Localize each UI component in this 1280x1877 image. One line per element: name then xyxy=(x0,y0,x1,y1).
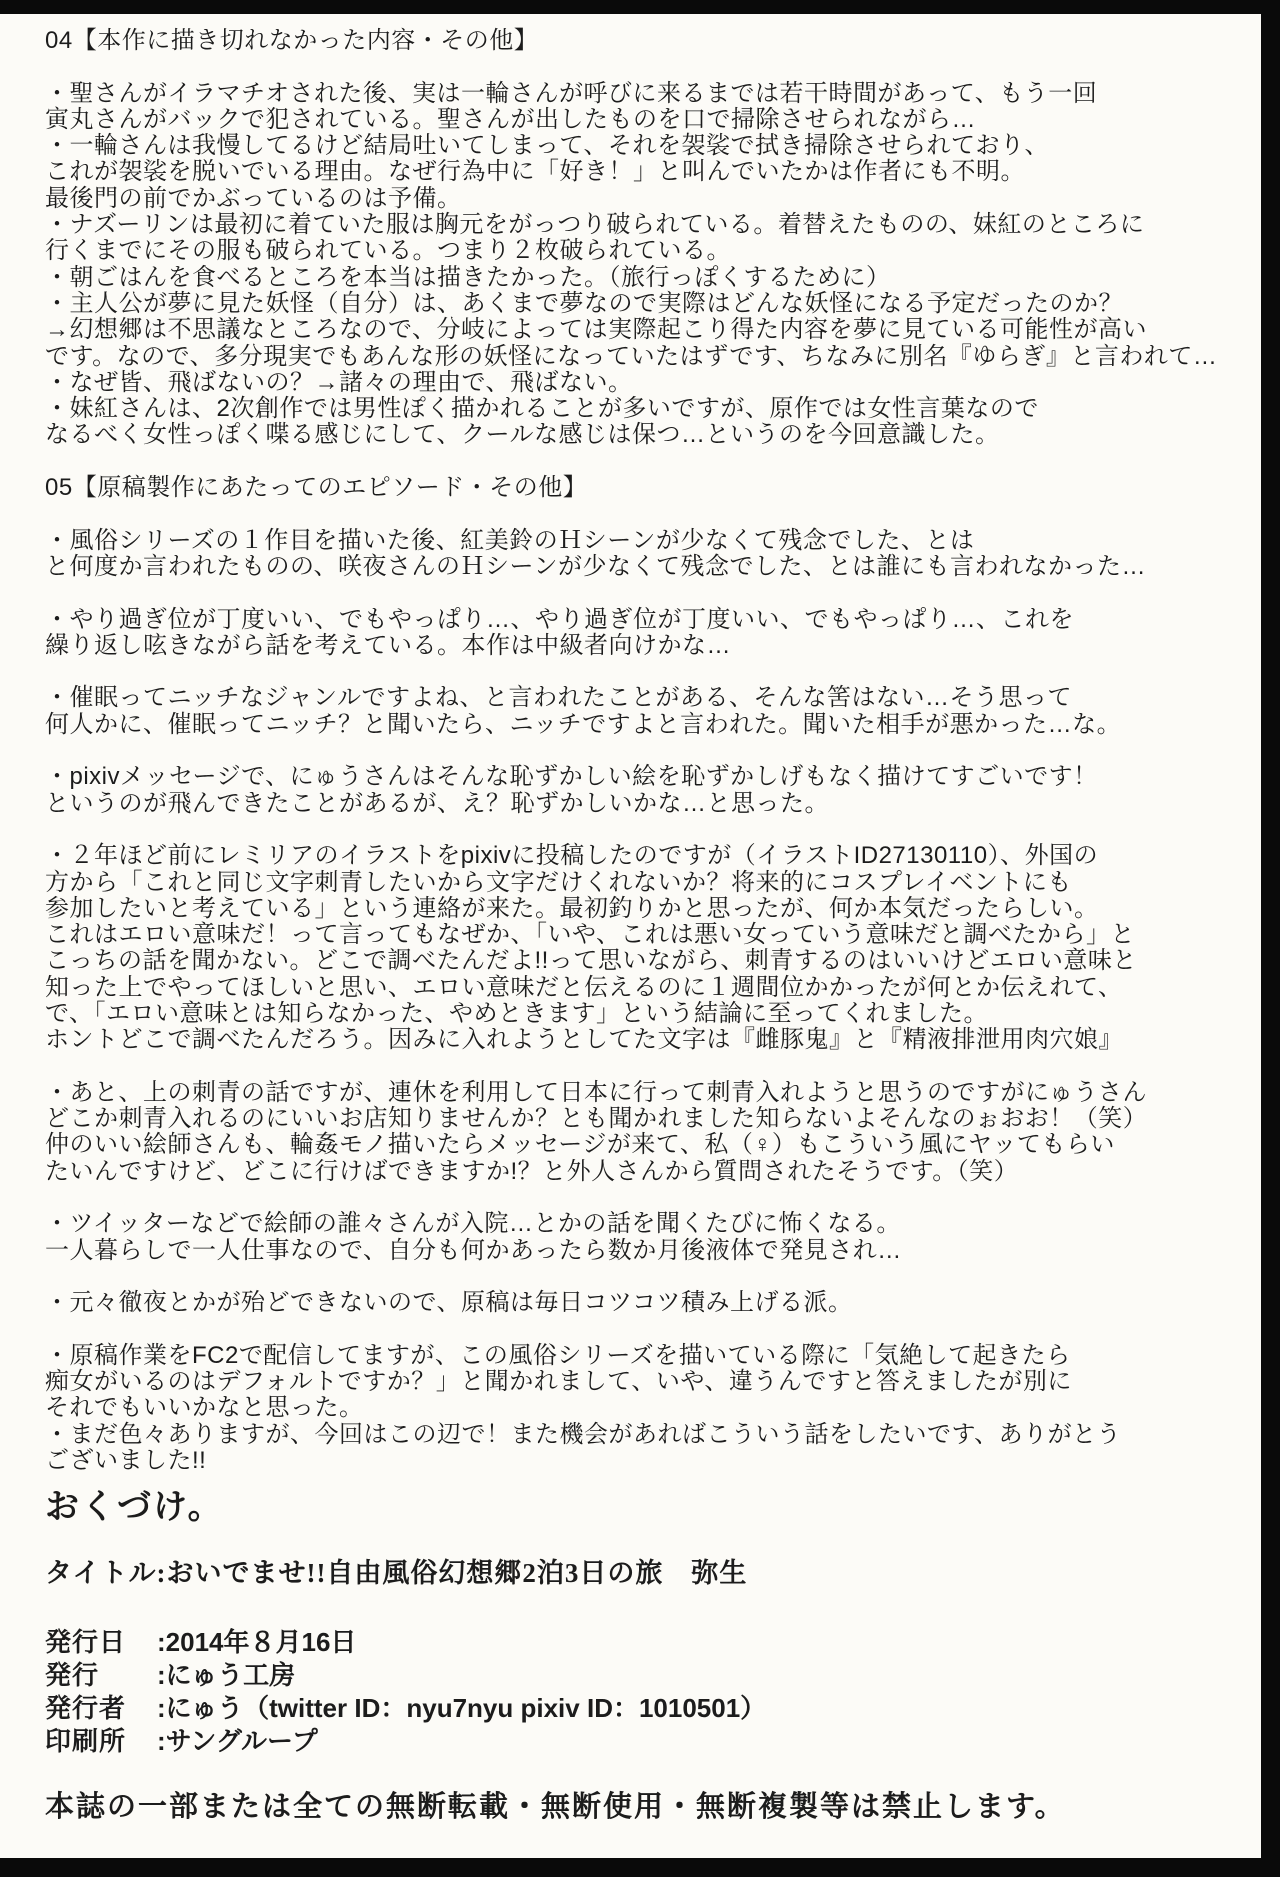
text-line xyxy=(45,1264,1261,1290)
text-line: たいんですけど、どこに行けばできますか!？と外人さんから質問されたそうです。（笑… xyxy=(45,1159,1261,1185)
text-line: なるべく女性っぽく喋る感じにして、クールな感じは保つ…というのを今回意識した。 xyxy=(45,422,1261,448)
text-line: ホントどこで調べたんだろう。因みに入れようとしてた文字は『雌豚鬼』と『精液排泄用… xyxy=(45,1027,1261,1053)
text-line: 仲のいい絵師さんも、輪姦モノ描いたらメッセージが来て、私（♀）もこういう風にヤッ… xyxy=(45,1132,1261,1158)
text-line: それでもいいかなと思った。 xyxy=(45,1395,1261,1421)
text-line: ・主人公が夢に見た妖怪（自分）は、あくまで夢なので実際はどんな妖怪になる予定だっ… xyxy=(45,291,1261,317)
colophon-row-label: 発行 xyxy=(45,1659,157,1692)
text-line: 痴女がいるのはデフォルトですか？」と聞かれまして、いや、違うんですと答えましたが… xyxy=(45,1369,1261,1395)
colophon-row-label: 印刷所 xyxy=(45,1725,157,1758)
text-line: これが袈裟を脱いでいる理由。なぜ行為中に「好き！」と叫んでいたかは作者にも不明。 xyxy=(45,159,1261,185)
text-line: ・なぜ皆、飛ばないの？→諸々の理由で、飛ばない。 xyxy=(45,370,1261,396)
text-line xyxy=(45,501,1261,527)
text-line: これはエロい意味だ！って言ってもなぜか、「いや、これは悪い女っていう意味だと調べ… xyxy=(45,922,1261,948)
colophon-row-label: 発行者 xyxy=(45,1692,157,1725)
text-line: 一人暮らしで一人仕事なので、自分も何かあったら数か月後液体で発見され… xyxy=(45,1238,1261,1264)
text-line: 最後門の前でかぶっているのは予備。 xyxy=(45,186,1261,212)
colophon-row-value: :サングループ xyxy=(157,1726,318,1756)
text-line: ・ナズーリンは最初に着ていた服は胸元をがっつり破られている。着替えたものの、妹紅… xyxy=(45,212,1261,238)
text-line: ・原稿作業をFC2で配信してますが、この風俗シリーズを描いている際に「気絶して起… xyxy=(45,1343,1261,1369)
colophon-row: 印刷所:サングループ xyxy=(45,1725,1261,1758)
text-line: ・あと、上の刺青の話ですが、連休を利用して日本に行って刺青入れようと思うのですが… xyxy=(45,1080,1261,1106)
text-line: ・妹紅さんは、2次創作では男性ぽく描かれることが多いですが、原作では女性言葉なの… xyxy=(45,396,1261,422)
text-line xyxy=(45,659,1261,685)
text-line xyxy=(45,1054,1261,1080)
text-line: どこか刺青入れるのにいいお店知りませんか？とも聞かれました知らないよそんなのぉお… xyxy=(45,1106,1261,1132)
scan-border: 04【本作に描き切れなかった内容・その他】・聖さんがイラマチオされた後、実は一輪… xyxy=(0,0,1280,1877)
text-line xyxy=(45,580,1261,606)
text-line: ・やり過ぎ位が丁度いい、でもやっぱり…、やり過ぎ位が丁度いい、でもやっぱり…、こ… xyxy=(45,607,1261,633)
colophon-row-label: 発行日 xyxy=(45,1626,157,1659)
text-line xyxy=(45,738,1261,764)
text-line: 方から「これと同じ文字刺青したいから文字だけくれないか？将来的にコスプレイベント… xyxy=(45,870,1261,896)
text-line: 行くまでにその服も破られている。つまり２枚破られている。 xyxy=(45,238,1261,264)
text-line: 寅丸さんがバックで犯されている。聖さんが出したものを口で掃除させられながら… xyxy=(45,107,1261,133)
text-line: ・一輪さんは我慢してるけど結局吐いてしまって、それを袈裟で拭き掃除させられており… xyxy=(45,133,1261,159)
colophon-row: 発行:にゅう工房 xyxy=(45,1659,1261,1692)
colophon-row-value: :にゅう工房 xyxy=(157,1660,295,1690)
text-line: 知った上でやってほしいと思い、エロい意味だと伝えるのに１週間位かかったが何とか伝… xyxy=(45,975,1261,1001)
colophon-row-value: :2014年８月16日 xyxy=(157,1627,356,1657)
afterword-text: 04【本作に描き切れなかった内容・その他】・聖さんがイラマチオされた後、実は一輪… xyxy=(0,14,1261,1474)
text-line: 繰り返し呟きながら話を考えている。本作は中級者向けかな… xyxy=(45,633,1261,659)
text-line: ・ツイッターなどで絵師の誰々さんが入院…とかの話を聞くたびに怖くなる。 xyxy=(45,1211,1261,1237)
text-line: ・元々徹夜とかが殆どできないので、原稿は毎日コツコツ積み上げる派。 xyxy=(45,1290,1261,1316)
text-line: こっちの話を聞かない。どこで調べたんだよ!!って思いながら、刺青するのはいいけど… xyxy=(45,948,1261,974)
text-line: 参加したいと考えている」という連絡が来た。最初釣りかと思ったが、何か本気だったら… xyxy=(45,896,1261,922)
text-line: ・２年ほど前にレミリアのイラストをpixivに投稿したのですが（イラストID27… xyxy=(45,843,1261,869)
text-line: ・pixivメッセージで、にゅうさんはそんな恥ずかしい絵を恥ずかしげもなく描けて… xyxy=(45,764,1261,790)
colophon-row: 発行日:2014年８月16日 xyxy=(45,1626,1261,1659)
colophon-title: タイトル:おいでませ!!自由風俗幻想郷2泊3日の旅 弥生 xyxy=(45,1557,1261,1589)
text-line: です。なので、多分現実でもあんな形の妖怪になっていたはずです、ちなみに別名『ゆら… xyxy=(45,344,1261,370)
colophon-row-value: :にゅう（twitter ID：nyu7nyu pixiv ID：1010501… xyxy=(157,1693,766,1723)
text-line: 04【本作に描き切れなかった内容・その他】 xyxy=(45,28,1261,54)
page: 04【本作に描き切れなかった内容・その他】・聖さんがイラマチオされた後、実は一輪… xyxy=(0,14,1261,1858)
colophon-row: 発行者:にゅう（twitter ID：nyu7nyu pixiv ID：1010… xyxy=(45,1692,1261,1725)
text-line: で、「エロい意味とは知らなかった、やめときます」という結論に至ってくれました。 xyxy=(45,1001,1261,1027)
text-line xyxy=(45,54,1261,80)
text-line: 05【原稿製作にあたってのエピソード・その他】 xyxy=(45,475,1261,501)
colophon-rows: 発行日:2014年８月16日発行:にゅう工房発行者:にゅう（twitter ID… xyxy=(45,1626,1261,1758)
text-line: というのが飛んできたことがあるが、え？恥ずかしいかな…と思った。 xyxy=(45,791,1261,817)
text-line: と何度か言われたものの、咲夜さんのＨシーンが少なくて残念でした、とは誰にも言われ… xyxy=(45,554,1261,580)
copyright-notice: 本誌の一部または全ての無断転載・無断使用・無断複製等は禁止します。 xyxy=(45,1784,1261,1825)
text-line xyxy=(45,449,1261,475)
text-line: 何人かに、催眠ってニッチ？と聞いたら、ニッチですよと言われた。聞いた相手が悪かっ… xyxy=(45,712,1261,738)
text-line: ・まだ色々ありますが、今回はこの辺で！また機会があればこういう話をしたいです、あ… xyxy=(45,1422,1261,1448)
text-line: →幻想郷は不思議なところなので、分岐によっては実際起こり得た内容を夢に見ている可… xyxy=(45,317,1261,343)
text-line: ・風俗シリーズの１作目を描いた後、紅美鈴のＨシーンが少なくて残念でした、とは xyxy=(45,528,1261,554)
text-line xyxy=(45,1317,1261,1343)
text-line: ・朝ごはんを食べるところを本当は描きたかった。（旅行っぽくするために） xyxy=(45,265,1261,291)
text-line xyxy=(45,1185,1261,1211)
text-line: ございました!! xyxy=(45,1448,1261,1474)
text-line: ・催眠ってニッチなジャンルですよね、と言われたことがある、そんな筈はない…そう思… xyxy=(45,685,1261,711)
colophon-heading: おくづけ。 xyxy=(45,1488,1261,1527)
text-line: ・聖さんがイラマチオされた後、実は一輪さんが呼びに来るまでは若干時間があって、も… xyxy=(45,81,1261,107)
text-line xyxy=(45,817,1261,843)
